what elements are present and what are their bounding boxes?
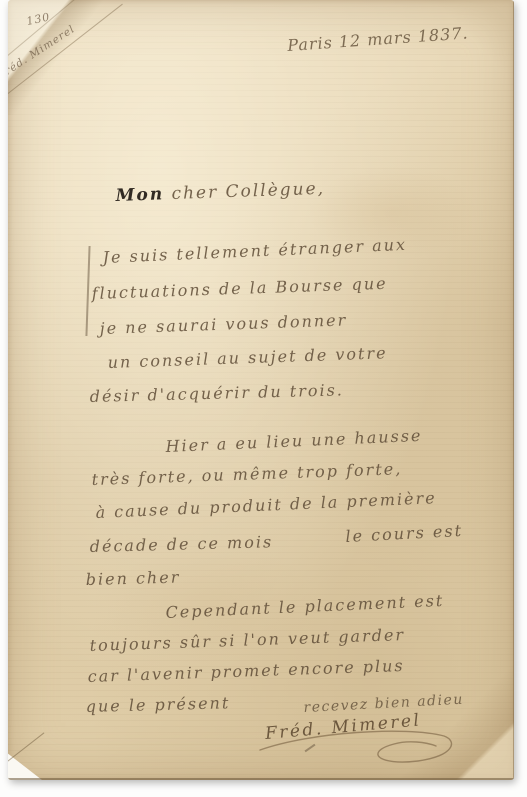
letter-line: Hier a eu lieu une hausse [165, 426, 423, 456]
letter-line: que le présent [86, 693, 231, 716]
letter-sheet: 130 Fréd. Mimerel Paris 12 mars 1837. Mo… [8, 0, 514, 780]
letter-line: bien cher [86, 568, 181, 589]
salutation-emphasis: Mon [115, 184, 164, 206]
letter-line: je ne saurai vous donner [99, 310, 347, 338]
sheet-bottom-edge [8, 778, 514, 780]
scanned-letter-photo: 130 Fréd. Mimerel Paris 12 mars 1837. Mo… [0, 0, 527, 797]
letter-line: très forte, ou même trop forte, [91, 459, 402, 489]
letter-line: Je suis tellement étranger aux [102, 235, 407, 267]
sheet-right-edge [513, 0, 514, 780]
margin-pen-stroke [85, 246, 90, 336]
letter-line: désir d'acquérir du trois. [90, 380, 345, 406]
letter-line: un conseil au sujet de votre [107, 343, 387, 372]
bottom-left-folded-corner [8, 750, 42, 780]
signature-flourish [256, 716, 466, 776]
letter-line: à cause du produit de la première [95, 488, 437, 522]
salutation-rest: cher Collègue, [164, 179, 326, 205]
letter-line-aside: le cours est [345, 521, 463, 546]
salutation: Mon cher Collègue, [115, 179, 325, 206]
top-right-crease-shade [384, 0, 514, 125]
letter-line: fluctuations de la Bourse que [91, 274, 388, 303]
